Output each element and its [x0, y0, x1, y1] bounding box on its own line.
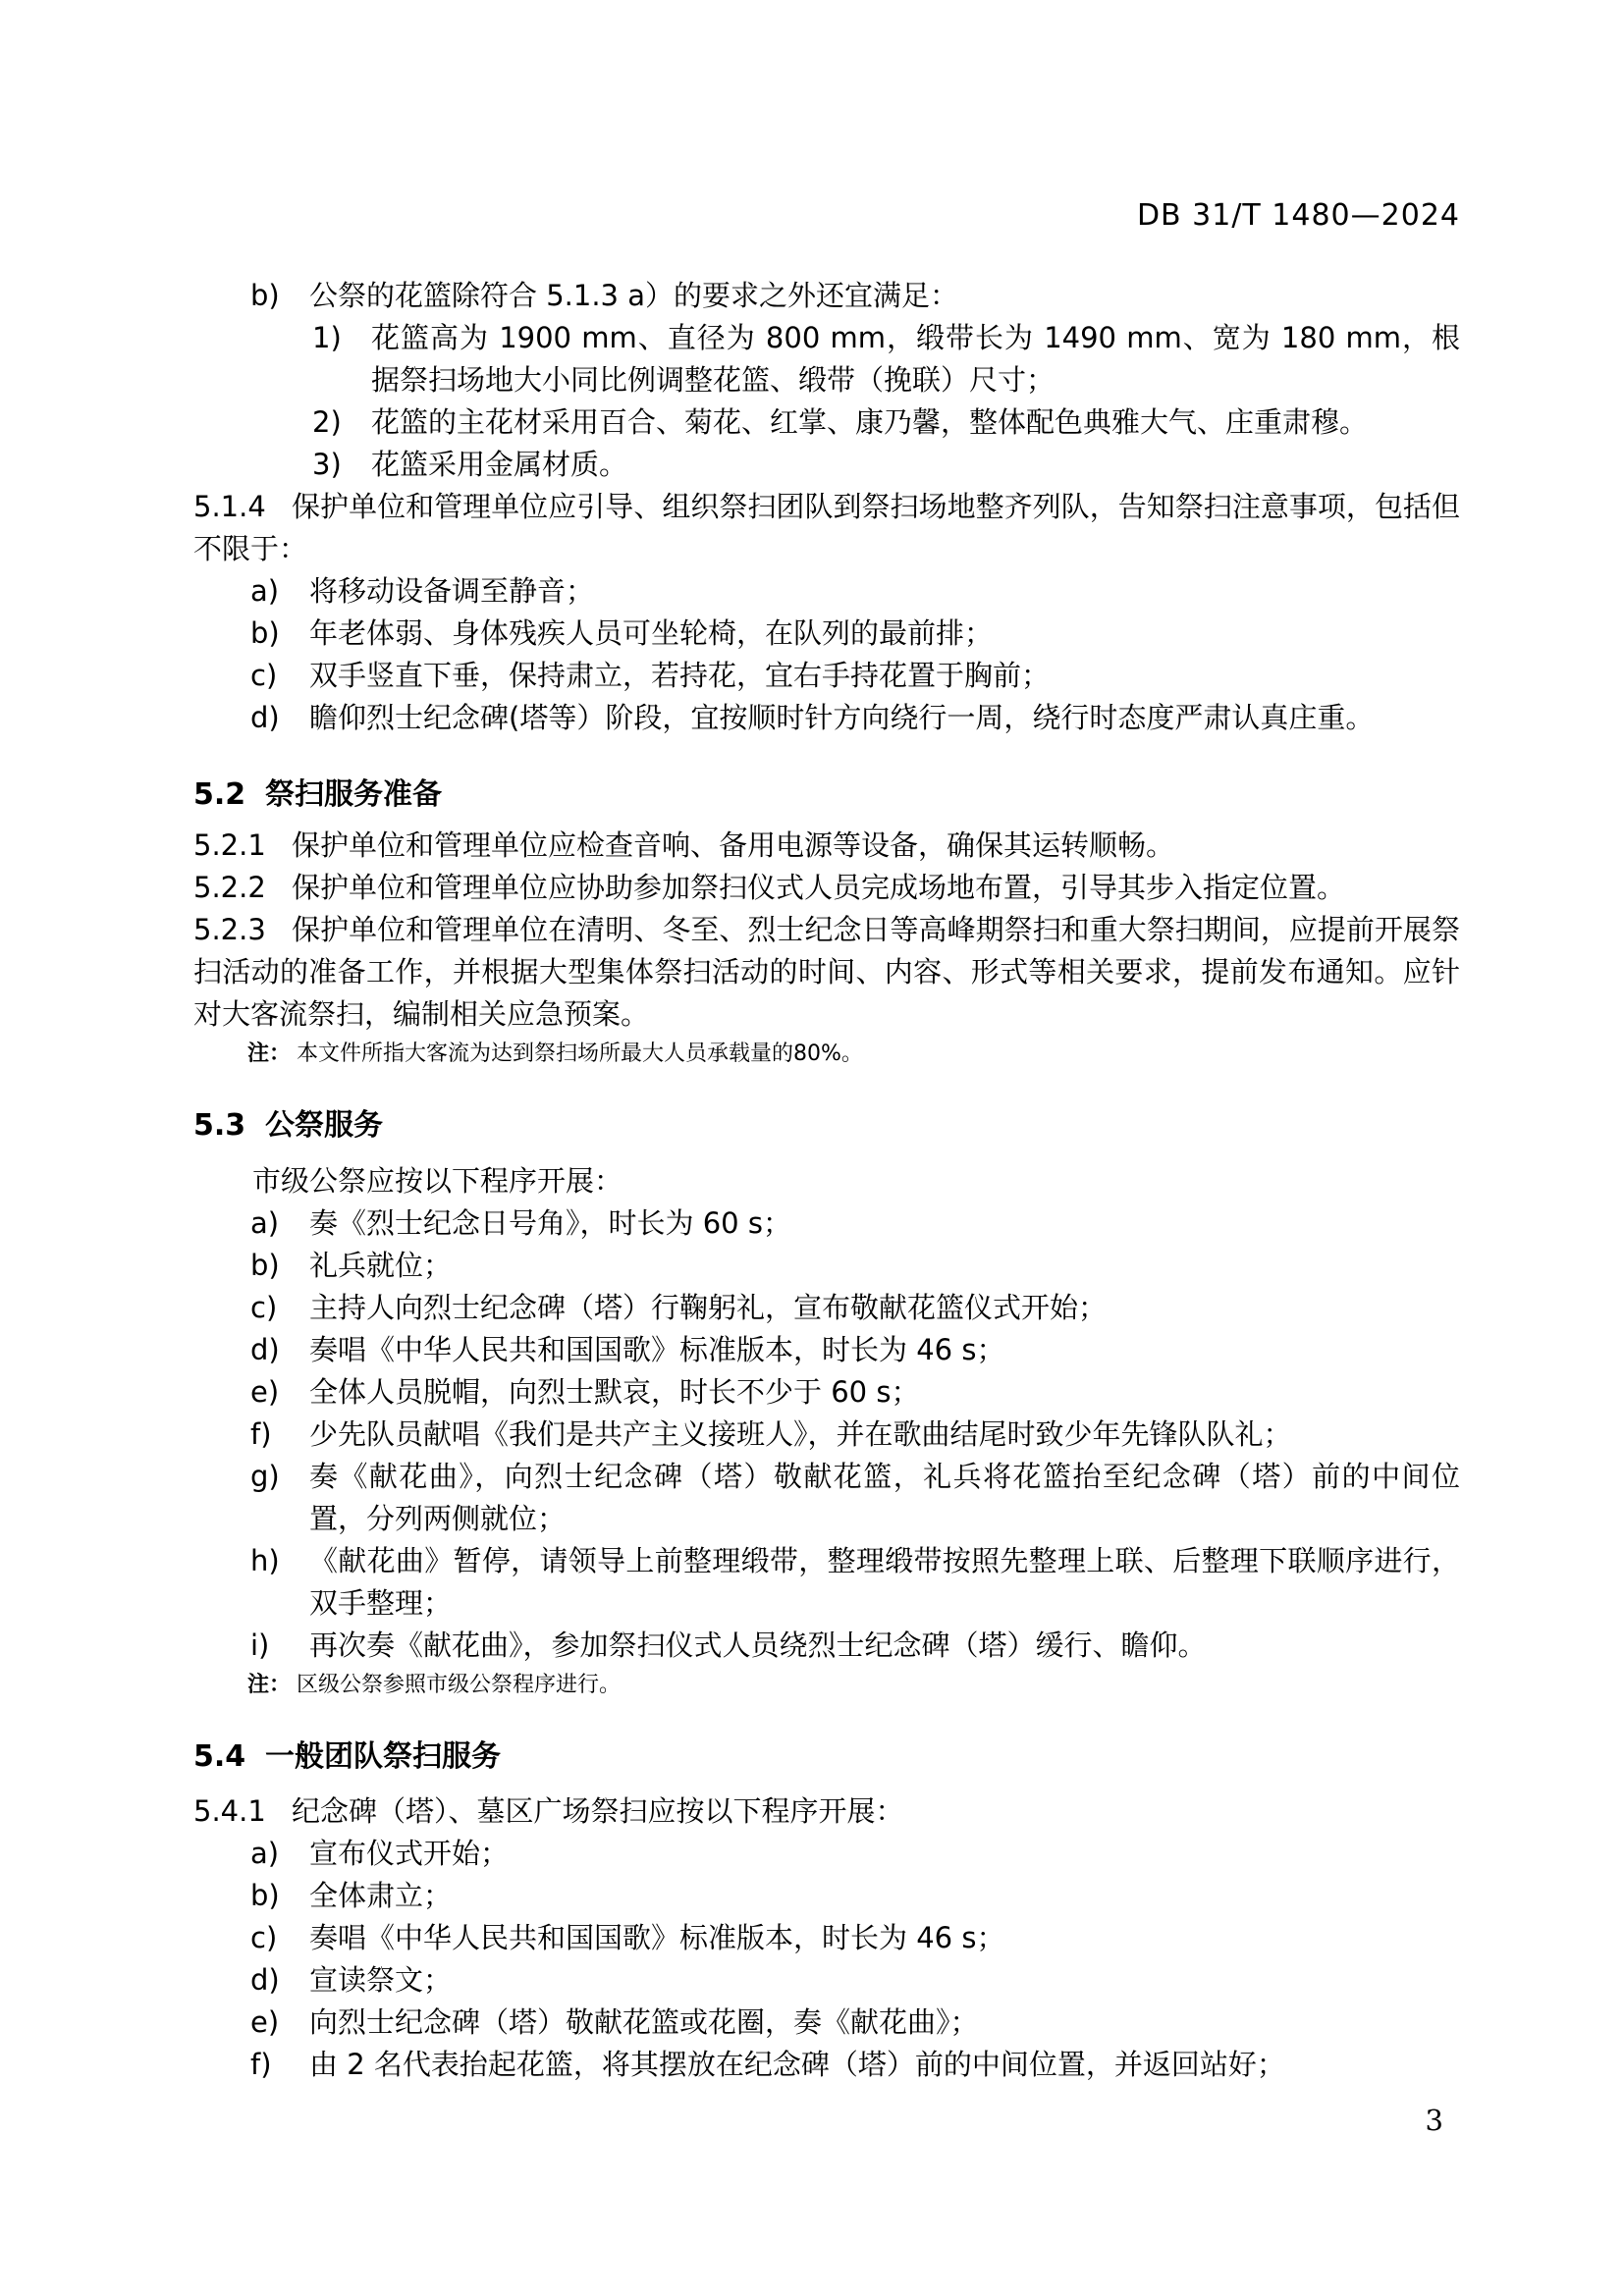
list-text: 花篮高为 1900 mm、直径为 800 mm，缎带长为 1490 mm、宽为 … — [371, 317, 1460, 401]
list-text: 奏《烈士纪念日号角》，时长为 60 s； — [309, 1202, 1460, 1245]
list-item: d) 瞻仰烈士纪念碑(塔等）阶段，宜按顺时针方向绕行一周，绕行时态度严肃认真庄重… — [193, 697, 1460, 739]
list-marker: b) — [250, 1245, 309, 1287]
list-text: 双手竖直下垂，保持肃立，若持花，宜右手持花置于胸前； — [309, 655, 1460, 697]
list-item: e) 全体人员脱帽，向烈士默哀，时长不少于 60 s； — [193, 1371, 1460, 1414]
list-marker: 1) — [312, 317, 371, 401]
list-text: 奏唱《中华人民共和国国歌》标准版本，时长为 46 s； — [309, 1329, 1460, 1371]
list-marker: c) — [250, 655, 309, 697]
list-marker: b) — [250, 1875, 309, 1917]
list-marker: a) — [250, 570, 309, 613]
list-item: c) 主持人向烈士纪念碑（塔）行鞠躬礼，宣布敬献花篮仪式开始； — [193, 1287, 1460, 1329]
list-item: f) 由 2 名代表抬起花篮，将其摆放在纪念碑（塔）前的中间位置，并返回站好； — [193, 2044, 1460, 2086]
list-item: b) 全体肃立； — [193, 1875, 1460, 1917]
list-marker: d) — [250, 1329, 309, 1371]
clause-text: 纪念碑（塔）、墓区广场祭扫应按以下程序开展： — [292, 1794, 904, 1828]
sublist-item: 3) 花篮采用金属材质。 — [193, 444, 1460, 486]
list-text: 瞻仰烈士纪念碑(塔等）阶段，宜按顺时针方向绕行一周，绕行时态度严肃认真庄重。 — [309, 697, 1460, 739]
clause-number: 5.2.1 — [193, 825, 292, 867]
list-marker: e) — [250, 1371, 309, 1414]
note-text: 本文件所指大客流为达到祭扫场所最大人员承载量的80%。 — [297, 1041, 863, 1066]
list-text: 全体人员脱帽，向烈士默哀，时长不少于 60 s； — [309, 1371, 1460, 1414]
clause-5-4-1: 5.4.1纪念碑（塔）、墓区广场祭扫应按以下程序开展： — [193, 1790, 1460, 1833]
list-marker: b) — [250, 613, 309, 655]
clause-5-2-1: 5.2.1保护单位和管理单位应检查音响、备用电源等设备，确保其运转顺畅。 — [193, 825, 1460, 867]
note-label: 注： — [247, 1041, 291, 1066]
list-text: 向烈士纪念碑（塔）敬献花篮或花圈，奏《献花曲》； — [309, 2002, 1460, 2044]
note-text: 区级公祭参照市级公祭程序进行。 — [297, 1673, 621, 1697]
list-marker: d) — [250, 697, 309, 739]
list-marker: 3) — [312, 444, 371, 486]
section-title: 祭扫服务准备 — [265, 777, 442, 812]
list-item: b) 礼兵就位； — [193, 1245, 1460, 1287]
sublist-item: 1) 花篮高为 1900 mm、直径为 800 mm，缎带长为 1490 mm、… — [193, 317, 1460, 401]
clause-text: 保护单位和管理单位应引导、组织祭扫团队到祭扫场地整齐列队，告知祭扫注意事项，包括… — [193, 490, 1460, 565]
clause-number: 5.2.3 — [193, 909, 292, 951]
list-text: 年老体弱、身体残疾人员可坐轮椅，在队列的最前排； — [309, 613, 1460, 655]
list-marker: a) — [250, 1833, 309, 1875]
list-text: 宣布仪式开始； — [309, 1833, 1460, 1875]
list-item: c) 双手竖直下垂，保持肃立，若持花，宜右手持花置于胸前； — [193, 655, 1460, 697]
list-item: a) 宣布仪式开始； — [193, 1833, 1460, 1875]
list-marker: g) — [250, 1456, 309, 1540]
list-marker: c) — [250, 1917, 309, 1959]
list-text: 少先队员献唱《我们是共产主义接班人》，并在歌曲结尾时致少年先锋队队礼； — [309, 1414, 1460, 1456]
list-marker: e) — [250, 2002, 309, 2044]
section-number: 5.4 — [193, 1735, 265, 1779]
list-text: 再次奏《献花曲》，参加祭扫仪式人员绕烈士纪念碑（塔）缓行、瞻仰。 — [309, 1625, 1460, 1667]
list-text: 花篮采用金属材质。 — [371, 444, 1460, 486]
list-item: e) 向烈士纪念碑（塔）敬献花篮或花圈，奏《献花曲》； — [193, 2002, 1460, 2044]
clause-5-2-3: 5.2.3保护单位和管理单位在清明、冬至、烈士纪念日等高峰期祭扫和重大祭扫期间，… — [193, 909, 1460, 1036]
list-text: 由 2 名代表抬起花篮，将其摆放在纪念碑（塔）前的中间位置，并返回站好； — [309, 2044, 1460, 2086]
note: 注：本文件所指大客流为达到祭扫场所最大人员承载量的80%。 — [193, 1039, 1460, 1070]
list-marker: h) — [250, 1540, 309, 1625]
list-text: 全体肃立； — [309, 1875, 1460, 1917]
intro-paragraph: 市级公祭应按以下程序开展： — [193, 1160, 1460, 1202]
section-number: 5.3 — [193, 1104, 265, 1148]
list-marker: i) — [250, 1625, 309, 1667]
list-marker: f) — [250, 1414, 309, 1456]
list-item: a) 奏《烈士纪念日号角》，时长为 60 s； — [193, 1202, 1460, 1245]
section-number: 5.2 — [193, 774, 265, 817]
clause-number: 5.4.1 — [193, 1790, 292, 1833]
standard-number: DB 31/T 1480—2024 — [193, 198, 1460, 234]
page-number: 3 — [193, 2103, 1443, 2138]
clause-text: 保护单位和管理单位应协助参加祭扫仪式人员完成场地布置，引导其步入指定位置。 — [292, 871, 1345, 904]
list-text: 主持人向烈士纪念碑（塔）行鞠躬礼，宣布敬献花篮仪式开始； — [309, 1287, 1460, 1329]
note: 注：区级公祭参照市级公祭程序进行。 — [193, 1670, 1460, 1701]
clause-number: 5.1.4 — [193, 486, 292, 528]
clause-number: 5.2.2 — [193, 867, 292, 909]
section-heading-5-3: 5.3公祭服务 — [193, 1104, 1460, 1148]
clause-text: 保护单位和管理单位应检查音响、备用电源等设备，确保其运转顺畅。 — [292, 828, 1174, 862]
list-text: 礼兵就位； — [309, 1245, 1460, 1287]
list-item: c) 奏唱《中华人民共和国国歌》标准版本，时长为 46 s； — [193, 1917, 1460, 1959]
list-item: i) 再次奏《献花曲》，参加祭扫仪式人员绕烈士纪念碑（塔）缓行、瞻仰。 — [193, 1625, 1460, 1667]
list-marker: d) — [250, 1959, 309, 2002]
note-label: 注： — [247, 1673, 291, 1697]
list-text: 将移动设备调至静音； — [309, 570, 1460, 613]
list-marker: 2) — [312, 401, 371, 444]
list-item: f) 少先队员献唱《我们是共产主义接班人》，并在歌曲结尾时致少年先锋队队礼； — [193, 1414, 1460, 1456]
clause-5-2-2: 5.2.2保护单位和管理单位应协助参加祭扫仪式人员完成场地布置，引导其步入指定位… — [193, 867, 1460, 909]
list-marker: a) — [250, 1202, 309, 1245]
clause-5-1-4: 5.1.4保护单位和管理单位应引导、组织祭扫团队到祭扫场地整齐列队，告知祭扫注意… — [193, 486, 1460, 570]
section-heading-5-4: 5.4一般团队祭扫服务 — [193, 1735, 1460, 1779]
list-item: b) 公祭的花篮除符合 5.1.3 a）的要求之外还宜满足： — [193, 275, 1460, 317]
list-text: 《献花曲》暂停，请领导上前整理缎带，整理缎带按照先整理上联、后整理下联顺序进行，… — [309, 1540, 1460, 1625]
section-title: 公祭服务 — [265, 1108, 383, 1143]
sublist-item: 2) 花篮的主花材采用百合、菊花、红掌、康乃馨，整体配色典雅大气、庄重肃穆。 — [193, 401, 1460, 444]
list-item: b) 年老体弱、身体残疾人员可坐轮椅，在队列的最前排； — [193, 613, 1460, 655]
list-item: h) 《献花曲》暂停，请领导上前整理缎带，整理缎带按照先整理上联、后整理下联顺序… — [193, 1540, 1460, 1625]
list-item: g) 奏《献花曲》，向烈士纪念碑（塔）敬献花篮，礼兵将花篮抬至纪念碑（塔）前的中… — [193, 1456, 1460, 1540]
section-heading-5-2: 5.2祭扫服务准备 — [193, 774, 1460, 817]
list-marker: c) — [250, 1287, 309, 1329]
list-text: 宣读祭文； — [309, 1959, 1460, 2002]
list-marker: b) — [250, 275, 309, 317]
list-item: d) 奏唱《中华人民共和国国歌》标准版本，时长为 46 s； — [193, 1329, 1460, 1371]
clause-text: 保护单位和管理单位在清明、冬至、烈士纪念日等高峰期祭扫和重大祭扫期间，应提前开展… — [193, 913, 1460, 1031]
document-page: DB 31/T 1480—2024 b) 公祭的花篮除符合 5.1.3 a）的要… — [0, 0, 1624, 2296]
list-text: 花篮的主花材采用百合、菊花、红掌、康乃馨，整体配色典雅大气、庄重肃穆。 — [371, 401, 1460, 444]
section-title: 一般团队祭扫服务 — [265, 1739, 501, 1774]
list-item: d) 宣读祭文； — [193, 1959, 1460, 2002]
list-text: 奏《献花曲》，向烈士纪念碑（塔）敬献花篮，礼兵将花篮抬至纪念碑（塔）前的中间位置… — [309, 1456, 1460, 1540]
list-marker: f) — [250, 2044, 309, 2086]
list-text: 公祭的花篮除符合 5.1.3 a）的要求之外还宜满足： — [309, 275, 1460, 317]
list-item: a) 将移动设备调至静音； — [193, 570, 1460, 613]
list-text: 奏唱《中华人民共和国国歌》标准版本，时长为 46 s； — [309, 1917, 1460, 1959]
